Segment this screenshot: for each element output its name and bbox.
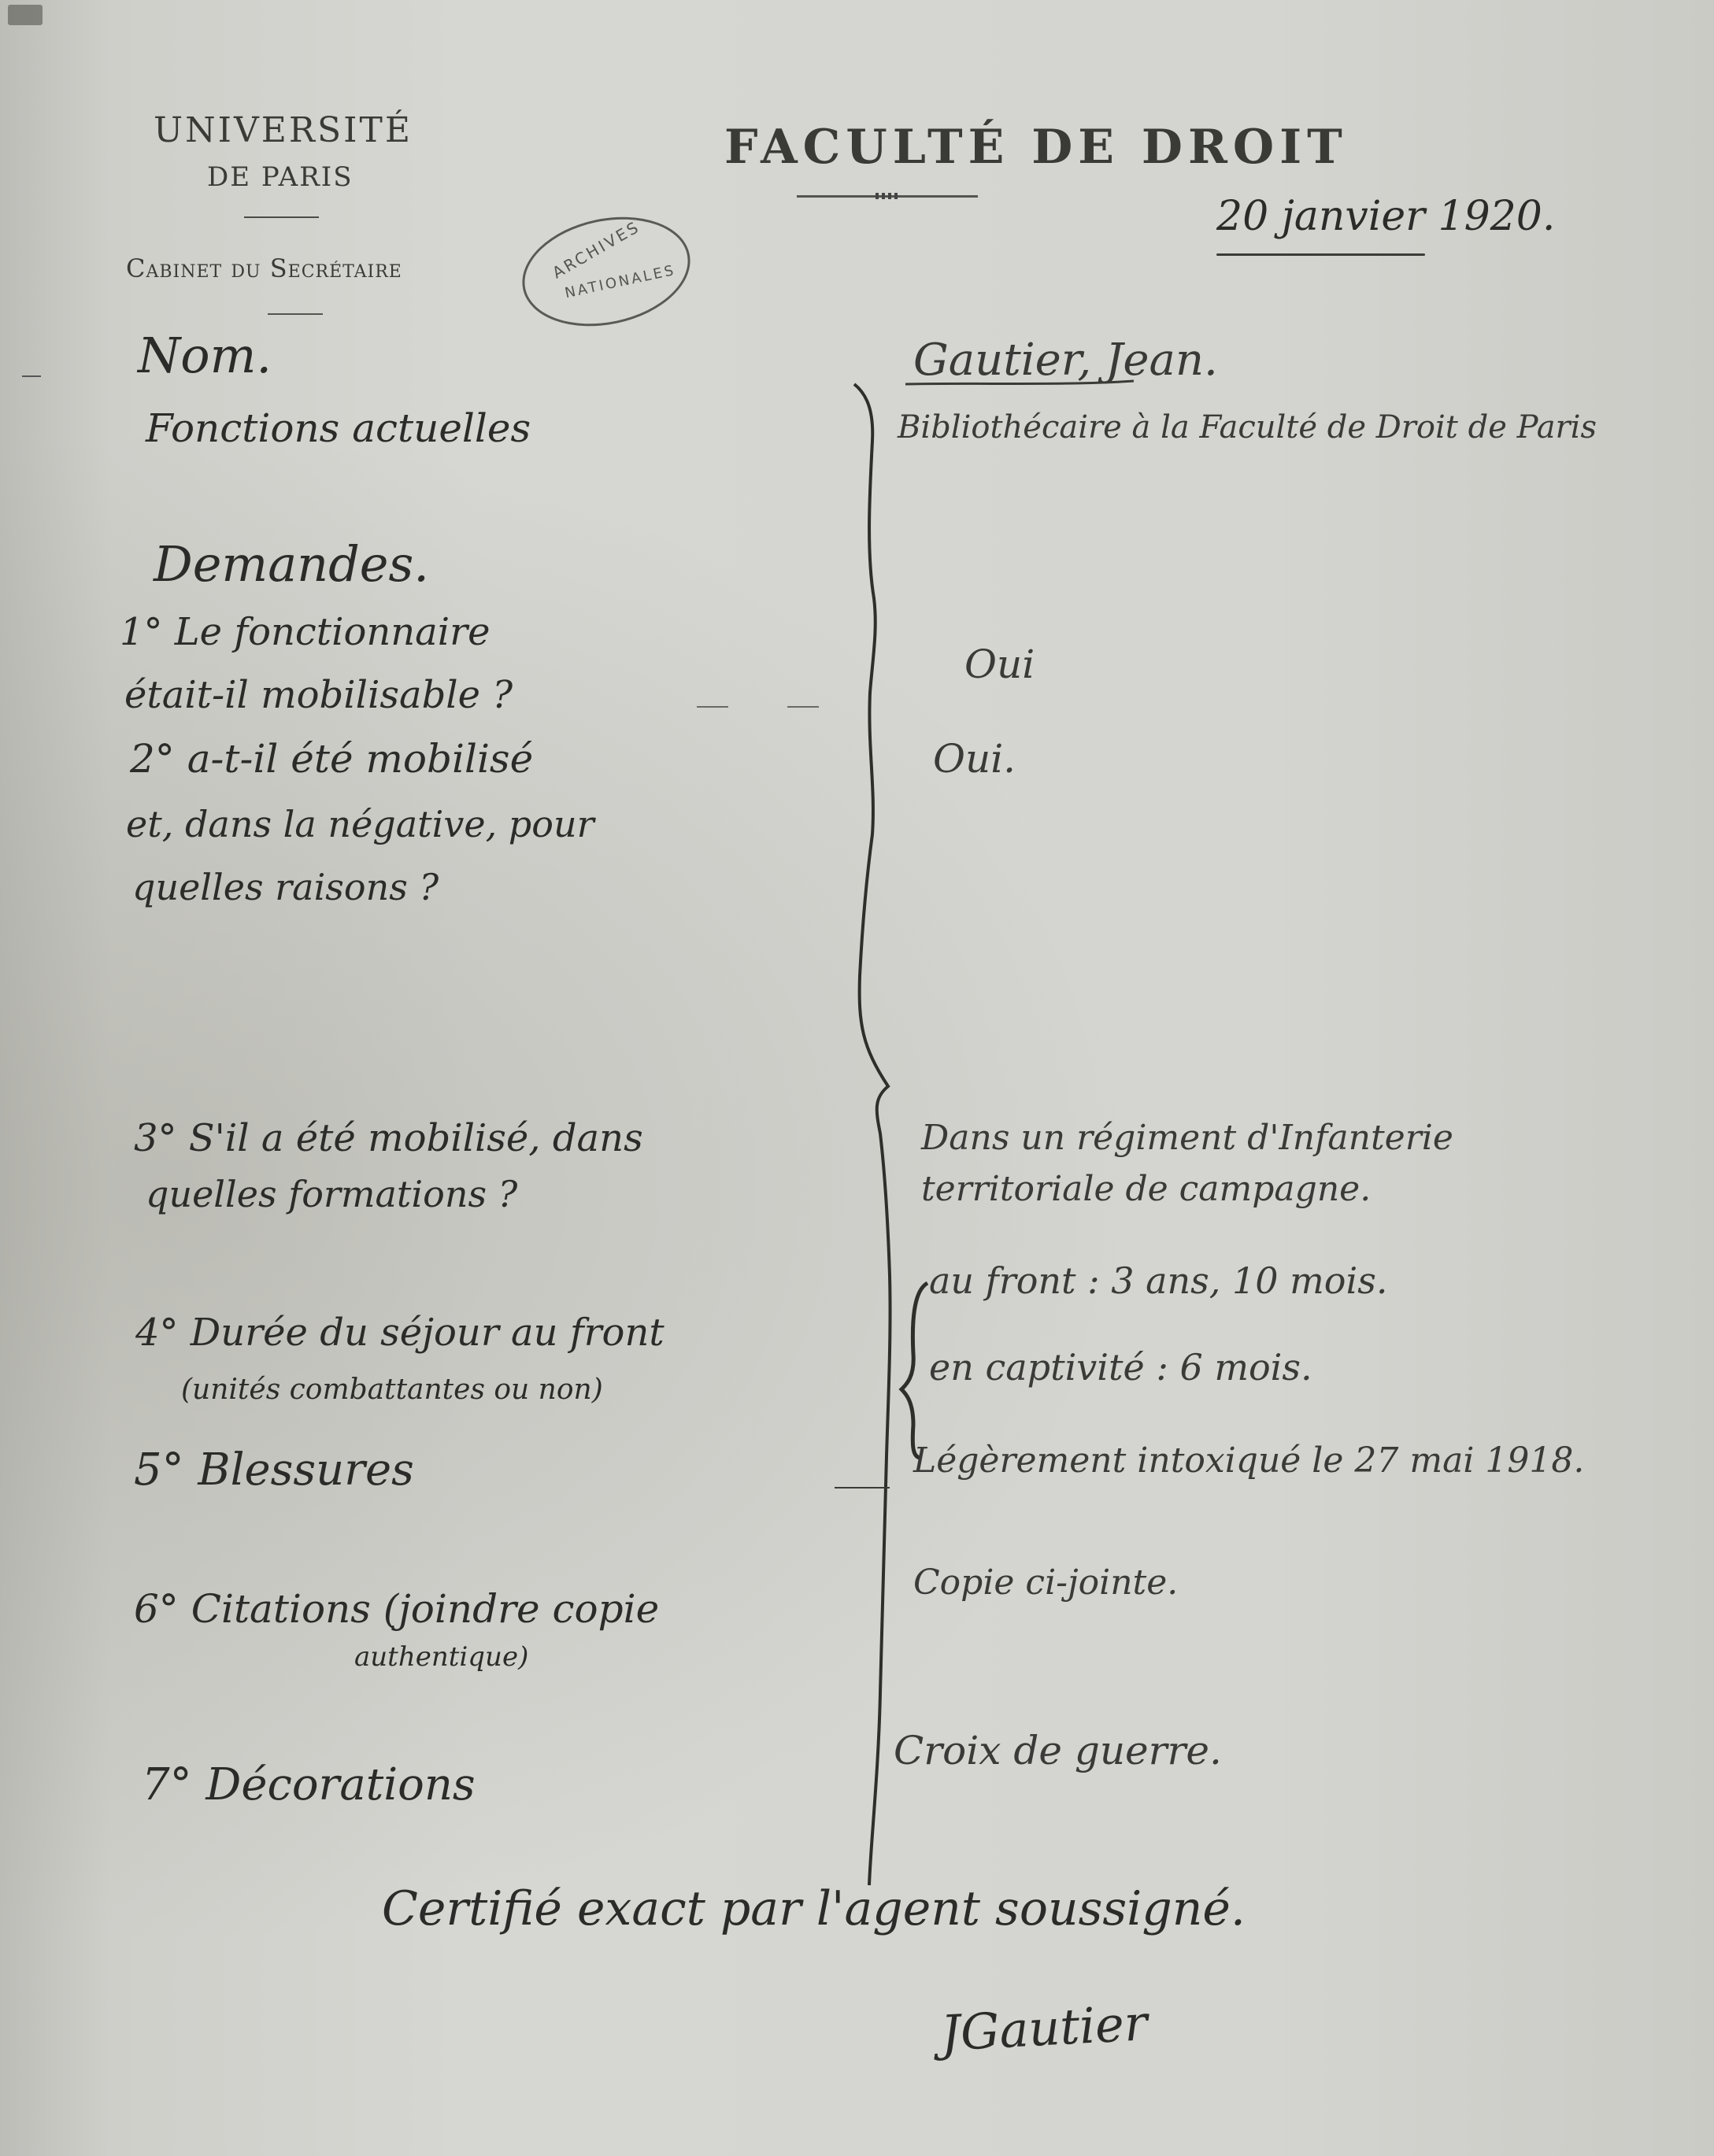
answer-7: Croix de guerre. <box>894 1728 1222 1773</box>
answer-name: Gautier, Jean. <box>913 335 1218 386</box>
answer-4-line-1: au front : 3 ans, 10 mois. <box>929 1259 1387 1302</box>
certification-statement: Certifié exact par l'agent soussigné. <box>382 1881 1246 1936</box>
question-2-line-3: quelles raisons ? <box>132 866 439 908</box>
question-4-line-2: (unités combattantes ou non) <box>181 1374 603 1406</box>
field-label-name: Nom. <box>138 327 272 384</box>
question-5-label: 5° Blessures <box>134 1444 414 1496</box>
answer-6: Copie ci-jointe. <box>913 1562 1178 1603</box>
signature: JGautier <box>939 1994 1149 2062</box>
question-6-line-1: 6° Citations (joindre copie <box>134 1586 659 1632</box>
answer-4-line-2: en captivité : 6 mois. <box>929 1346 1312 1389</box>
document-page: UNIVERSITÉ DE PARIS Cabinet du Secrétair… <box>0 0 1714 2156</box>
question-7-label: 7° Décorations <box>142 1759 476 1810</box>
answer-3-line-2: territoriale de campagne. <box>921 1169 1371 1209</box>
answer-1: Oui <box>964 642 1035 687</box>
question-1-line-1: 1° Le fonctionnaire <box>120 610 490 654</box>
answer-2: Oui. <box>933 736 1016 782</box>
column-divider <box>0 0 1714 2156</box>
questions-heading: Demandes. <box>154 535 429 593</box>
question-6-line-2: authentique) <box>354 1641 528 1673</box>
field-label-current-functions: Fonctions actuelles <box>146 405 531 451</box>
question-2-line-1: 2° a-t-il été mobilisé <box>130 736 533 782</box>
question-3-line-2: quelles formations ? <box>146 1173 517 1215</box>
question-1-line-2: était-il mobilisable ? <box>124 673 513 717</box>
question-2-line-2: et, dans la négative, pour <box>126 803 594 845</box>
answer-3-line-1: Dans un régiment d'Infanterie <box>921 1118 1453 1158</box>
answer-5: Légèrement intoxiqué le 27 mai 1918. <box>913 1440 1584 1481</box>
question-3-line-1: 3° S'il a été mobilisé, dans <box>134 1116 643 1160</box>
question-4-line-1: 4° Durée du séjour au front <box>135 1311 664 1355</box>
answer-current-functions: Bibliothécaire à la Faculté de Droit de … <box>898 409 1597 446</box>
